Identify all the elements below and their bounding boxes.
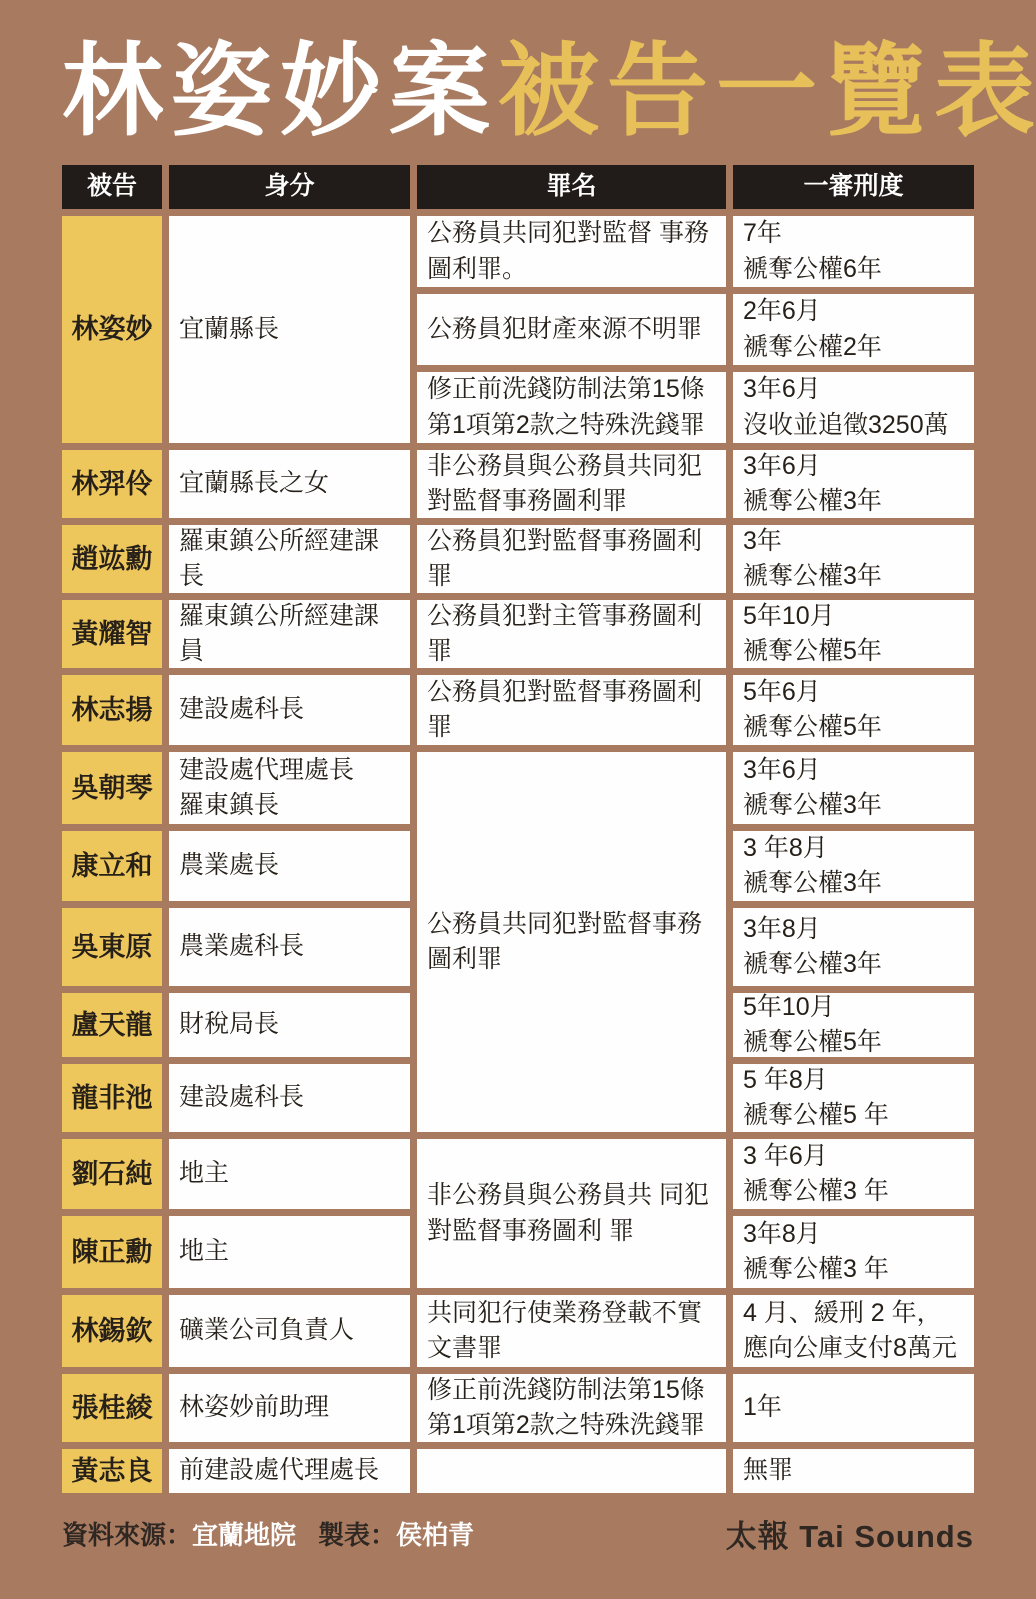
defendant-name: 林羿伶	[62, 450, 162, 518]
sentence-cell: 5 年8月 褫奪公權5 年	[733, 1064, 974, 1132]
identity-cell: 建設處代理處長 羅東鎮長	[169, 752, 410, 824]
sentence-cell: 3年6月 褫奪公權3年	[733, 450, 974, 518]
col-header-identity: 身分	[169, 165, 410, 209]
sentence-cell: 3年6月 褫奪公權3年	[733, 752, 974, 824]
defendant-name: 林姿妙	[62, 216, 162, 443]
identity-cell: 農業處長	[169, 831, 410, 901]
crime-cell: 公務員犯財產來源不明罪	[417, 294, 726, 365]
crime-cell: 公務員共同犯對監督 事務圖利罪。	[417, 216, 726, 287]
sentence-cell: 3年8月 褫奪公權3 年	[733, 1216, 974, 1288]
col-header-defendant: 被告	[62, 165, 162, 209]
sentence-cell: 2年6月 褫奪公權2年	[733, 294, 974, 365]
sentence-cell: 無罪	[733, 1449, 974, 1493]
defendants-table: 被告 身分 罪名 一審刑度 林姿妙 宜蘭縣長 公務員共同犯對監督 事務圖利罪。 …	[62, 165, 974, 1493]
defendant-name: 龍非池	[62, 1064, 162, 1132]
identity-cell: 農業處科長	[169, 908, 410, 986]
crime-cell: 非公務員與公務員共同犯對監督事務圖利罪	[417, 450, 726, 518]
source-value: 宜蘭地院	[192, 1520, 296, 1550]
page-title-suffix: 被告一覽表	[498, 36, 1036, 148]
defendant-name: 張桂綾	[62, 1374, 162, 1442]
sentence-cell: 7年 褫奪公權6年	[733, 216, 974, 287]
defendant-name: 林錫欽	[62, 1295, 162, 1367]
crime-cell: 公務員犯對監督事務圖利罪	[417, 675, 726, 745]
sentence-cell: 3年8月 褫奪公權3年	[733, 908, 974, 986]
defendant-name: 黃志良	[62, 1449, 162, 1493]
sentence-cell: 4 月、緩刑 2 年，應向公庫支付8萬元	[733, 1295, 974, 1367]
identity-cell: 前建設處代理處長	[169, 1449, 410, 1493]
identity-cell: 地主	[169, 1139, 410, 1209]
identity-cell: 財稅局長	[169, 993, 410, 1057]
crime-cell: 公務員犯對監督事務圖利罪	[417, 525, 726, 593]
defendant-name: 劉石純	[62, 1139, 162, 1209]
crime-cell-empty	[417, 1449, 726, 1493]
identity-cell: 宜蘭縣長之女	[169, 450, 410, 518]
sentence-cell: 3年6月 沒收並追徵3250萬	[733, 372, 974, 443]
sentence-cell: 5年10月 褫奪公權5年	[733, 600, 974, 668]
defendant-name: 林志揚	[62, 675, 162, 745]
defendant-name: 盧天龍	[62, 993, 162, 1057]
defendant-name: 康立和	[62, 831, 162, 901]
sentence-cell: 5年10月 褫奪公權5年	[733, 993, 974, 1057]
maker-label: 製表：	[318, 1520, 396, 1550]
identity-cell: 林姿妙前助理	[169, 1374, 410, 1442]
identity-cell: 建設處科長	[169, 1064, 410, 1132]
sentence-cell: 3 年8月 褫奪公權3年	[733, 831, 974, 901]
brand-logo: 太報 Tai Sounds	[726, 1511, 974, 1556]
col-header-sentence: 一審刑度	[733, 165, 974, 209]
identity-cell: 礦業公司負責人	[169, 1295, 410, 1367]
sentence-cell: 3 年6月 褫奪公權3 年	[733, 1139, 974, 1209]
sentence-cell: 5年6月 褫奪公權5年	[733, 675, 974, 745]
crime-cell: 修正前洗錢防制法第15條第1項第2款之特殊洗錢罪	[417, 372, 726, 443]
sentence-cell: 3年 褫奪公權3年	[733, 525, 974, 593]
page-title-case: 林姿妙案	[62, 36, 498, 148]
footer: 資料來源：宜蘭地院製表：侯柏青 太報 Tai Sounds	[62, 1511, 974, 1556]
crime-cell-shared-landowners: 非公務員與公務員共 同犯對監督事務圖利 罪	[417, 1139, 726, 1288]
crime-cell-shared-officials: 公務員共同犯對監督事務圖利罪	[417, 752, 726, 1132]
defendant-name: 黃耀智	[62, 600, 162, 668]
maker-value: 侯柏青	[396, 1520, 474, 1550]
defendant-name: 趙竑勳	[62, 525, 162, 593]
identity-cell: 羅東鎮公所經建課員	[169, 600, 410, 668]
source-credit: 資料來源：宜蘭地院製表：侯柏青	[62, 1515, 474, 1552]
crime-cell: 公務員犯對主管事務圖利罪	[417, 600, 726, 668]
defendant-name: 吳朝琴	[62, 752, 162, 824]
crime-cell: 修正前洗錢防制法第15條第1項第2款之特殊洗錢罪	[417, 1374, 726, 1442]
source-label: 資料來源：	[62, 1520, 192, 1550]
identity-cell: 地主	[169, 1216, 410, 1288]
defendant-name: 吳東原	[62, 908, 162, 986]
col-header-crime: 罪名	[417, 165, 726, 209]
infographic-page: 林姿妙案被告一覽表 被告 身分 罪名 一審刑度 林姿妙 宜蘭縣長 公務員共同犯對…	[0, 0, 1036, 1556]
identity-cell: 建設處科長	[169, 675, 410, 745]
page-title: 林姿妙案被告一覽表	[62, 36, 974, 149]
identity-cell: 羅東鎮公所經建課長	[169, 525, 410, 593]
crime-cell: 共同犯行使業務登載不實文書罪	[417, 1295, 726, 1367]
identity-cell: 宜蘭縣長	[169, 216, 410, 443]
defendant-name: 陳正勳	[62, 1216, 162, 1288]
sentence-cell: 1年	[733, 1374, 974, 1442]
